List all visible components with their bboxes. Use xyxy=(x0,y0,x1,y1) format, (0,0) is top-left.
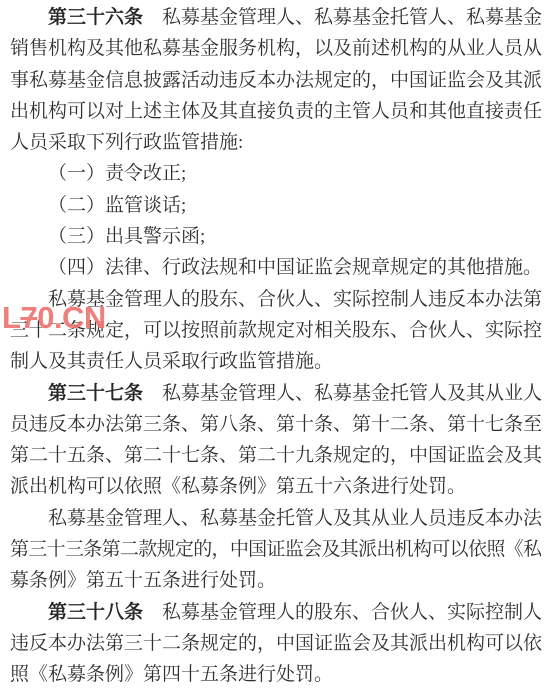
text-line: 违反本办法第三十二条规定的，中国证监会及其派出机构可以依 xyxy=(10,628,542,659)
text-line: 私募基金管理人、私募基金托管人及其从业人员违反本办法 xyxy=(10,503,542,534)
text-line: 第三十八条 私募基金管理人的股东、合伙人、实际控制人 xyxy=(10,597,542,628)
text-line: 三十二条规定，可以按照前款规定对相关股东、合伙人、实际控 xyxy=(10,315,542,346)
text-line: 私募基金管理人的股东、合伙人、实际控制人违反本办法第 xyxy=(10,284,542,315)
text-line: 第三十七条 私募基金管理人、私募基金托管人及其从业人 xyxy=(10,378,542,409)
text-line: 员违反本办法第三条、第八条、第十条、第十二条、第十七条至 xyxy=(10,409,542,440)
text-line: （三）出具警示函; xyxy=(10,221,542,252)
text-line: 人员采取下列行政监管措施: xyxy=(10,127,542,158)
text-line: （二）监管谈话; xyxy=(10,190,542,221)
document-body: 第三十六条 私募基金管理人、私募基金托管人、私募基金销售机构及其他私募基金服务机… xyxy=(10,2,542,691)
text-line: 销售机构及其他私募基金服务机构，以及前述机构的从业人员从 xyxy=(10,33,542,64)
text-line: 第三十三条第二款规定的，中国证监会及其派出机构可以依照《私 xyxy=(10,534,542,565)
text-line: 事私募基金信息披露活动违反本办法规定的，中国证监会及其派 xyxy=(10,65,542,96)
article-number: 第三十七条 xyxy=(48,383,143,404)
document-page: 第三十六条 私募基金管理人、私募基金托管人、私募基金销售机构及其他私募基金服务机… xyxy=(0,0,550,691)
text-line: 出机构可以对上述主体及其直接负责的主管人员和其他直接责任 xyxy=(10,96,542,127)
text-line: 第三十六条 私募基金管理人、私募基金托管人、私募基金 xyxy=(10,2,542,33)
text-line: 派出机构可以依照《私募条例》第五十六条进行处罚。 xyxy=(10,471,542,502)
text-line: （一）责令改正; xyxy=(10,158,542,189)
article-number: 第三十六条 xyxy=(48,7,143,28)
text-line: （四）法律、行政法规和中国证监会规章规定的其他措施。 xyxy=(10,252,542,283)
text-line: 制人及其责任人员采取行政监管措施。 xyxy=(10,346,542,377)
text-line: 照《私募条例》第四十五条进行处罚。 xyxy=(10,659,542,690)
text-line: 第二十五条、第二十七条、第二十九条规定的，中国证监会及其 xyxy=(10,440,542,471)
article-number: 第三十八条 xyxy=(48,602,143,623)
text-line: 募条例》第五十五条进行处罚。 xyxy=(10,565,542,596)
